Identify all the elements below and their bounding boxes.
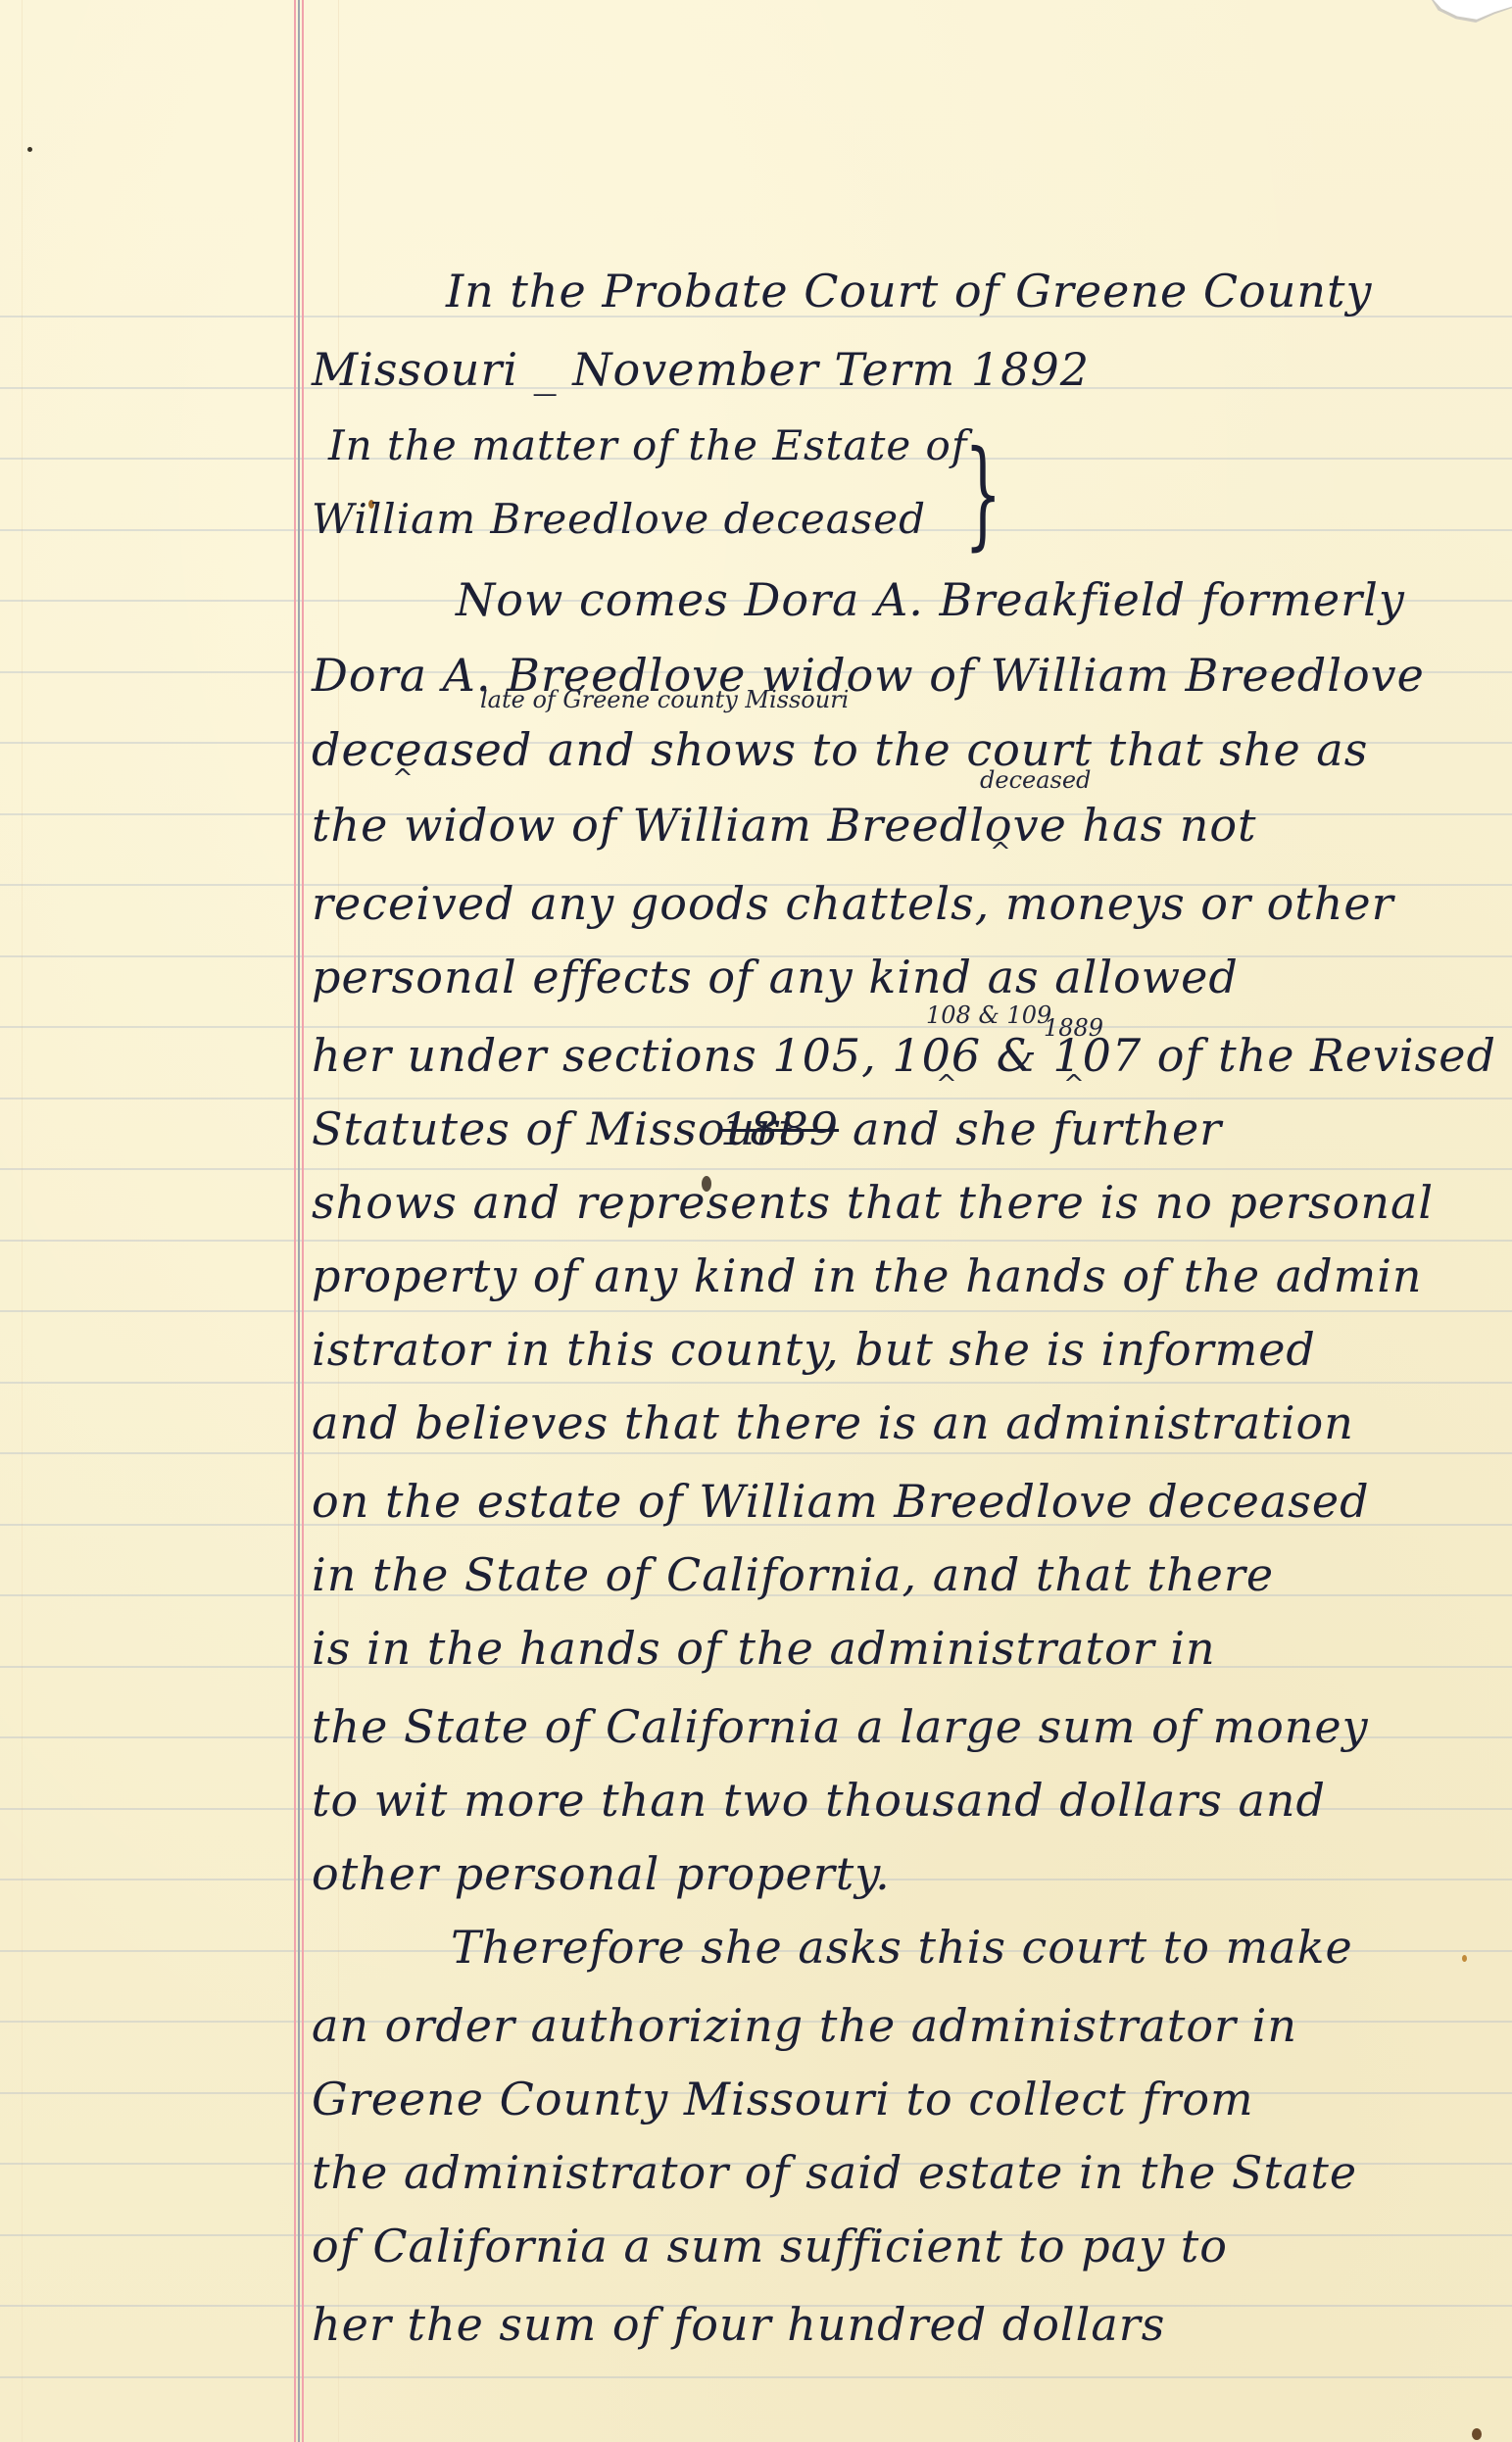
- body-line: Greene County Missouri to collect from: [312, 2073, 1254, 2125]
- body-line: to wit more than two thousand dollars an…: [312, 1774, 1326, 1827]
- margin-rule-pink: [302, 0, 304, 2442]
- body-line: the widow of William Breedlove has not: [312, 799, 1257, 852]
- insertion-deceased: deceased: [980, 766, 1091, 794]
- insertion-caret: ^: [1063, 1070, 1085, 1099]
- body-line: of California a sum sufficient to pay to: [312, 2220, 1228, 2272]
- body-line: Now comes Dora A. Breakfield formerly: [456, 573, 1405, 626]
- body-line: an order authorizing the administrator i…: [312, 1999, 1297, 2052]
- body-line: Dora A. Breedlove widow of William Breed…: [312, 649, 1425, 702]
- body-line: received any goods chattels, moneys or o…: [312, 877, 1394, 930]
- insertion-sections: 108 & 109: [926, 1001, 1051, 1029]
- body-line: Therefore she asks this court to make: [451, 1921, 1353, 1974]
- body-line: the administrator of said estate in the …: [312, 2146, 1357, 2199]
- ruled-line: [0, 1168, 1512, 1170]
- matter-line-1: In the matter of the Estate of: [328, 421, 967, 469]
- struck-year: 1889: [720, 1102, 839, 1155]
- ruled-line: [0, 1240, 1512, 1242]
- paper-fold-line: [22, 0, 23, 2442]
- court-line: In the Probate Court of Greene County: [446, 265, 1372, 317]
- insertion-caret: ^: [936, 1070, 957, 1099]
- body-line: is in the hands of the administrator in: [312, 1622, 1216, 1675]
- insertion-caret: ^: [990, 838, 1011, 867]
- body-line: shows and represents that there is no pe…: [312, 1176, 1434, 1229]
- ruled-line: [0, 2376, 1512, 2378]
- ruled-line: [0, 1452, 1512, 1454]
- insertion-caret: ^: [392, 764, 414, 794]
- ruled-line: [0, 1310, 1512, 1312]
- body-line: and she further: [853, 1102, 1222, 1155]
- body-line: her under sections 105, 106 & 107 of the…: [312, 1029, 1496, 1082]
- body-line: and believes that there is an administra…: [312, 1396, 1354, 1449]
- body-line: property of any kind in the hands of the…: [312, 1249, 1423, 1302]
- margin-rule-pink: [294, 0, 296, 2442]
- body-line: other personal property.: [312, 1847, 891, 1900]
- body-line: in the State of California, and that the…: [312, 1548, 1274, 1601]
- ink-speck: [1472, 2428, 1482, 2440]
- body-line: istrator in this county, but she is info…: [312, 1323, 1316, 1376]
- body-line: on the estate of William Breedlove decea…: [312, 1475, 1370, 1528]
- body-line: personal effects of any kind as allowed: [312, 951, 1239, 1003]
- matter-line-2: William Breedlove deceased: [312, 495, 926, 543]
- ink-speck: [1462, 1955, 1467, 1962]
- body-line: deceased and shows to the court that she…: [312, 723, 1368, 776]
- body-line: the State of California a large sum of m…: [312, 1700, 1369, 1753]
- ruled-line: [0, 1382, 1512, 1384]
- insertion-late-of: late of Greene county Missouri: [480, 686, 849, 713]
- caption-brace: }: [964, 436, 1001, 554]
- ink-speck: [27, 147, 32, 152]
- ruled-line: [0, 1026, 1512, 1028]
- term-line: Missouri _ November Term 1892: [312, 343, 1090, 396]
- margin-rule-grey: [298, 0, 300, 2442]
- body-line: her the sum of four hundred dollars: [312, 2298, 1165, 2351]
- ruled-line: [0, 1098, 1512, 1099]
